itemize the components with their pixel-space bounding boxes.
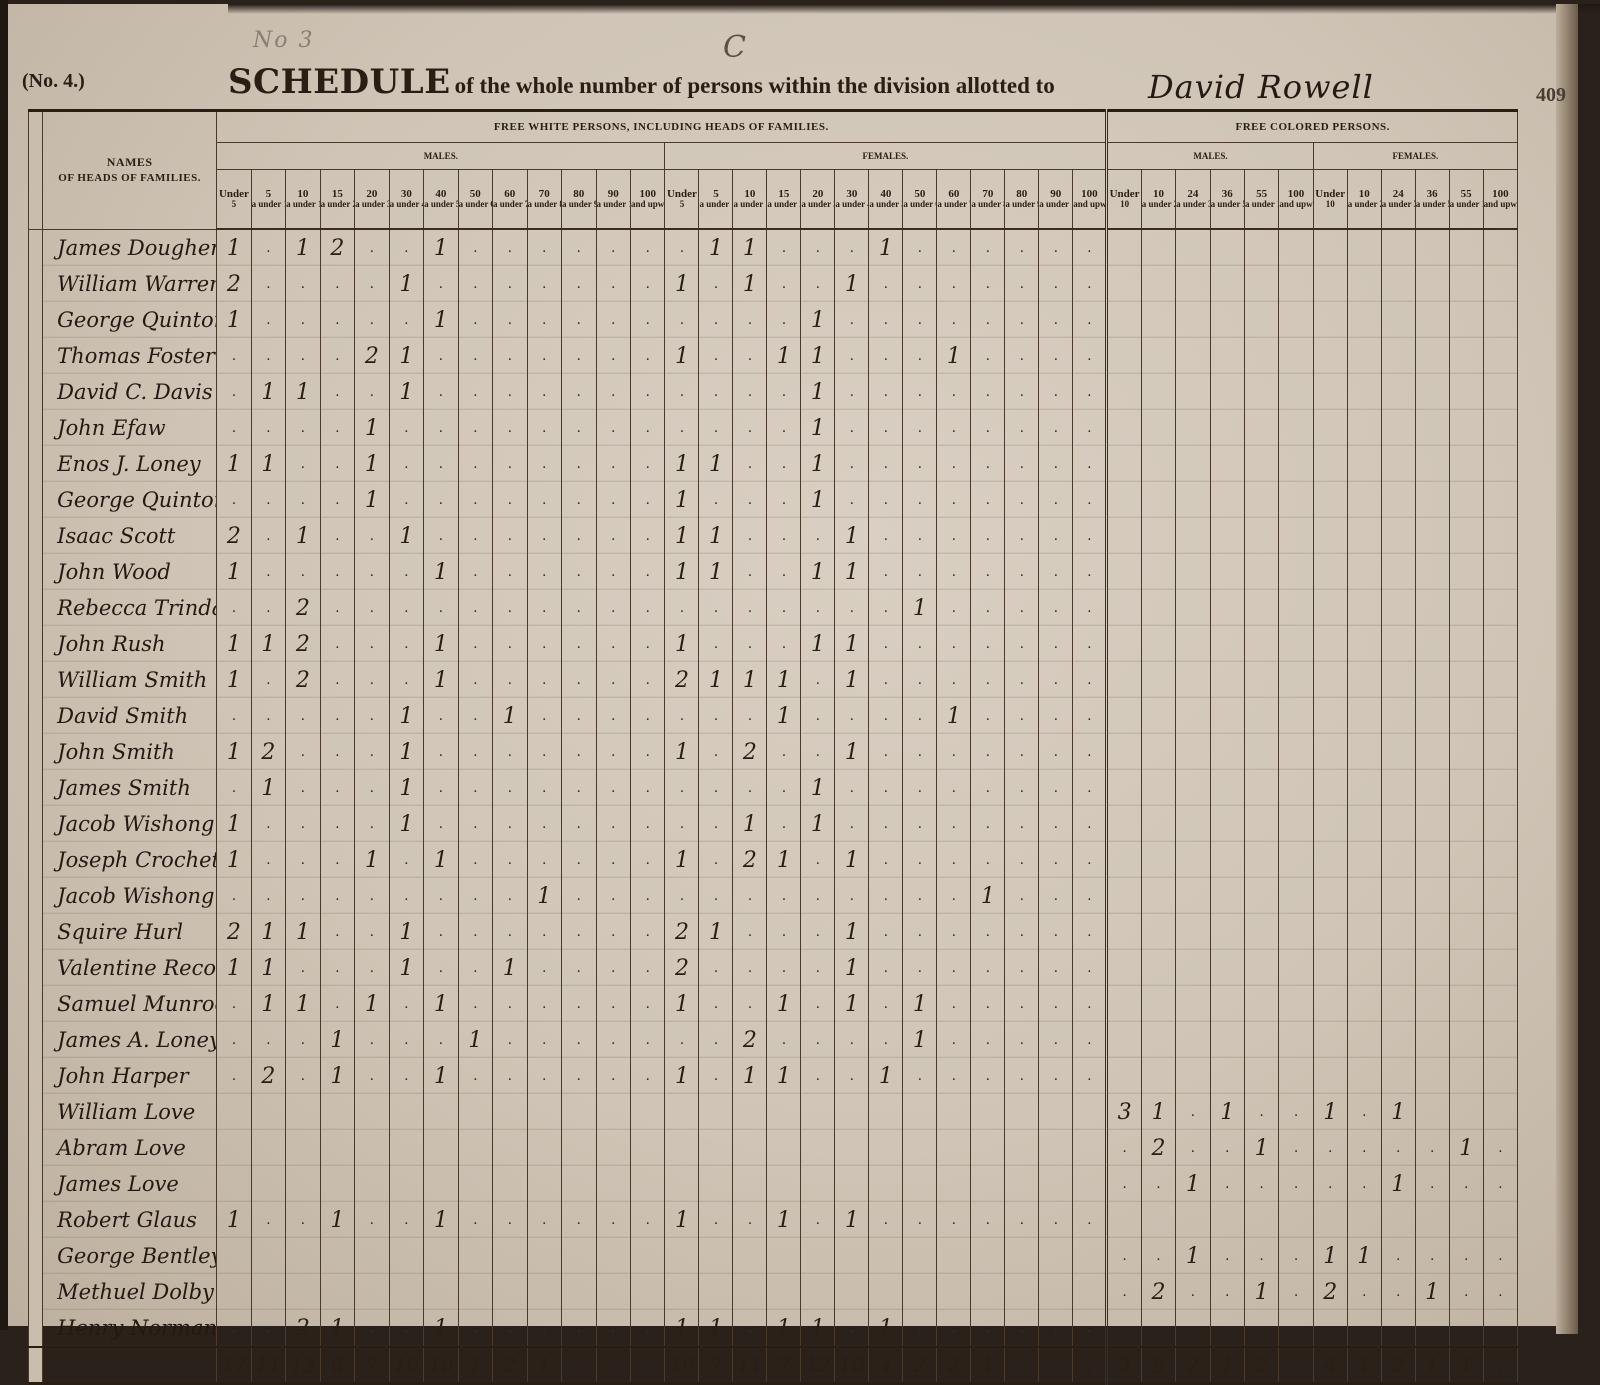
white-female-cell: . xyxy=(869,878,903,914)
white-male-cell: . xyxy=(424,878,458,914)
colored-male-cell xyxy=(1141,554,1175,590)
margin-strip-cell xyxy=(29,626,43,662)
white-male-cell: . xyxy=(493,914,527,950)
white-male-cell: . xyxy=(493,1310,527,1330)
white-male-cell: . xyxy=(458,734,492,770)
colored-female-cell xyxy=(1415,626,1449,662)
white-female-cell: . xyxy=(767,266,801,302)
white-female-cell: . xyxy=(937,806,971,842)
white-male-cell: . xyxy=(355,662,389,698)
colored-female-cell xyxy=(1381,374,1415,410)
colored-female-cell: 1 xyxy=(1415,1274,1449,1310)
colored-female-cell: . xyxy=(1381,1130,1415,1166)
white-male-cell: . xyxy=(596,410,630,446)
white-female-cell: . xyxy=(733,482,767,518)
white-female-cell: . xyxy=(1005,626,1039,662)
white-male-cell: . xyxy=(389,302,423,338)
colored-male-cell xyxy=(1244,374,1278,410)
age-label-bottom: a under 80 xyxy=(528,199,562,209)
table-row: Samuel Munroe.11.1.1......1..1.1.1..... xyxy=(29,986,1518,1022)
white-female-cell: . xyxy=(869,374,903,410)
white-male-cell: 1 xyxy=(424,302,458,338)
age-label-bottom: and upwards. xyxy=(1073,199,1107,209)
white-male-cell: . xyxy=(458,878,492,914)
white-male-cell: . xyxy=(562,338,596,374)
colored-male-cell xyxy=(1107,662,1141,698)
colored-female-cell: . xyxy=(1415,1130,1449,1166)
white-male-cell: . xyxy=(286,338,320,374)
white-female-cell: . xyxy=(1039,878,1073,914)
age-label-bottom: a under 15 xyxy=(286,199,320,209)
white-female-cell xyxy=(971,1274,1005,1310)
white-female-cell xyxy=(903,1094,937,1130)
age-label-bottom: a under 36 xyxy=(1382,199,1415,209)
white-female-cell: . xyxy=(937,1202,971,1238)
white-male-cell: . xyxy=(389,662,423,698)
white-female-cell: . xyxy=(1073,914,1107,950)
white-male-cell: . xyxy=(630,1058,664,1094)
white-male-cell: . xyxy=(458,806,492,842)
colored-male-cell xyxy=(1141,338,1175,374)
white-female-cell: . xyxy=(835,229,869,266)
colored-male-cell xyxy=(1244,302,1278,338)
table-row: John Efaw....1............1........ xyxy=(29,410,1518,446)
head-of-family-name: John Efaw xyxy=(43,410,217,446)
white-male-cell: . xyxy=(596,698,630,734)
white-male-cell xyxy=(389,1166,423,1202)
white-male-age-12: 100and upwards. xyxy=(630,170,664,230)
white-male-cell: . xyxy=(389,626,423,662)
head-of-family-name: John Rush xyxy=(43,626,217,662)
colored-female-cell xyxy=(1449,950,1483,986)
white-female-cell: . xyxy=(699,842,733,878)
white-male-cell xyxy=(458,1238,492,1274)
age-label-top: 24 xyxy=(1382,189,1415,199)
colored-female-cell xyxy=(1449,446,1483,482)
colored-female-cell xyxy=(1449,734,1483,770)
age-label-top: 60 xyxy=(493,189,526,199)
white-female-cell: 1 xyxy=(835,266,869,302)
age-label-top: 10 xyxy=(733,189,766,199)
white-female-cell: . xyxy=(1039,626,1073,662)
colored-male-cell xyxy=(1210,590,1244,626)
colored-male-cell xyxy=(1244,734,1278,770)
white-female-cell: . xyxy=(903,770,937,806)
white-male-cell: . xyxy=(355,1058,389,1094)
colored-male-cell xyxy=(1279,518,1313,554)
white-male-cell: . xyxy=(355,1310,389,1330)
white-female-cell xyxy=(1073,1238,1107,1274)
white-male-cell: . xyxy=(355,302,389,338)
colored-male-cell xyxy=(1210,446,1244,482)
colored-male-cell: 1 xyxy=(1210,1094,1244,1130)
white-female-cell: . xyxy=(835,1022,869,1058)
age-label-top: 55 xyxy=(1245,189,1278,199)
white-female-cell: . xyxy=(835,698,869,734)
white-female-cell: 1 xyxy=(665,554,699,590)
white-female-cell: 1 xyxy=(835,914,869,950)
white-male-cell: 2 xyxy=(286,626,320,662)
white-male-cell xyxy=(286,1238,320,1274)
margin-strip-cell xyxy=(29,1022,43,1058)
white-female-cell: . xyxy=(1039,374,1073,410)
colored-male-cell xyxy=(1244,1058,1278,1094)
head-of-family-name: John Smith xyxy=(43,734,217,770)
white-male-cell: . xyxy=(493,1022,527,1058)
colored-female-cell xyxy=(1415,590,1449,626)
white-male-cell: . xyxy=(389,1022,423,1058)
age-label-top: 40 xyxy=(424,189,457,199)
colored-male-cell xyxy=(1210,1202,1244,1238)
age-label-top: 80 xyxy=(1005,189,1038,199)
white-male-cell xyxy=(355,1238,389,1274)
age-label-bottom: 5 xyxy=(680,199,685,209)
white-male-cell: . xyxy=(596,626,630,662)
white-male-cell: 1 xyxy=(286,914,320,950)
colored-female-cell xyxy=(1415,734,1449,770)
white-male-cell: 1 xyxy=(389,770,423,806)
white-female-cell: . xyxy=(767,1022,801,1058)
colored-male-cell xyxy=(1279,338,1313,374)
colored-female-cell xyxy=(1449,806,1483,842)
white-female-cell: . xyxy=(801,518,835,554)
colored-female-cell xyxy=(1381,878,1415,914)
white-male-cell xyxy=(527,1166,561,1202)
white-male-cell: . xyxy=(527,698,561,734)
page-title: SCHEDULE of the whole number of persons … xyxy=(228,62,1055,102)
white-female-cell xyxy=(665,1274,699,1310)
colored-male-cell xyxy=(1244,626,1278,662)
white-male-cell: . xyxy=(320,518,354,554)
age-label-bottom: a under 70 xyxy=(493,199,527,209)
white-female-cell: . xyxy=(971,482,1005,518)
white-female-cell: . xyxy=(1039,229,1073,266)
white-male-cell: . xyxy=(596,446,630,482)
white-female-cell xyxy=(1005,1274,1039,1310)
white-female-cell: . xyxy=(937,950,971,986)
white-female-cell: . xyxy=(937,1022,971,1058)
colored-male-cell xyxy=(1141,842,1175,878)
white-female-cell: . xyxy=(971,734,1005,770)
white-female-cell xyxy=(767,1166,801,1202)
colored-female-cell xyxy=(1415,1202,1449,1238)
colored-female-cell xyxy=(1483,229,1517,266)
white-female-cell: . xyxy=(767,770,801,806)
table-row: Isaac Scott2.1..1.......11...1....... xyxy=(29,518,1518,554)
white-male-cell: . xyxy=(217,1058,251,1094)
white-female-cell: 1 xyxy=(665,842,699,878)
white-female-cell xyxy=(903,1130,937,1166)
colored-male-cell xyxy=(1176,1058,1210,1094)
white-female-cell: . xyxy=(1073,1058,1107,1094)
white-male-cell xyxy=(355,1130,389,1166)
colored-female-cell xyxy=(1347,806,1381,842)
white-male-cell xyxy=(389,1094,423,1130)
head-of-family-name: Henry Norman xyxy=(43,1310,217,1330)
white-female-cell: 1 xyxy=(665,338,699,374)
age-label-bottom: 10 xyxy=(1326,199,1335,209)
age-label-top: 40 xyxy=(869,189,902,199)
head-of-family-name: John Harper xyxy=(43,1058,217,1094)
age-label-bottom: a under 70 xyxy=(937,199,970,209)
colored-female-cell xyxy=(1313,662,1347,698)
white-female-cell: . xyxy=(1005,374,1039,410)
white-male-cell xyxy=(251,1094,285,1130)
colored-male-cell xyxy=(1141,518,1175,554)
white-male-cell: 1 xyxy=(389,374,423,410)
white-male-cell: . xyxy=(527,302,561,338)
margin-strip-cell xyxy=(29,734,43,770)
white-female-cell: . xyxy=(699,698,733,734)
white-male-cell: . xyxy=(458,302,492,338)
margin-strip-cell xyxy=(29,590,43,626)
white-female-cell: . xyxy=(869,518,903,554)
colored-female-cell xyxy=(1381,1058,1415,1094)
white-female-cell: . xyxy=(733,338,767,374)
white-male-cell: . xyxy=(251,1022,285,1058)
colored-female-cell xyxy=(1415,662,1449,698)
white-female-cell xyxy=(1005,1238,1039,1274)
white-male-cell: . xyxy=(562,590,596,626)
white-male-cell xyxy=(527,1094,561,1130)
white-male-cell xyxy=(389,1274,423,1310)
white-male-cell: . xyxy=(562,374,596,410)
white-male-cell: 2 xyxy=(320,229,354,266)
white-male-cell xyxy=(630,1274,664,1310)
white-male-cell: . xyxy=(596,374,630,410)
white-male-cell xyxy=(251,1238,285,1274)
colored-male-cell: . xyxy=(1141,1166,1175,1202)
age-label-top: 10 xyxy=(286,189,319,199)
white-male-cell: . xyxy=(562,266,596,302)
white-female-cell: . xyxy=(767,482,801,518)
white-female-cell: . xyxy=(1073,266,1107,302)
colored-female-cell xyxy=(1347,374,1381,410)
colored-female-cell: . xyxy=(1381,1274,1415,1310)
table-row: Rebecca Trindall..2.................1...… xyxy=(29,590,1518,626)
head-of-family-name: James A. Loney xyxy=(43,1022,217,1058)
white-male-cell xyxy=(355,1274,389,1310)
white-male-cell: . xyxy=(286,554,320,590)
white-male-cell xyxy=(217,1130,251,1166)
colored-male-age-1: 10a under 24 xyxy=(1141,170,1175,230)
colored-female-cell xyxy=(1449,770,1483,806)
head-of-family-name: James Dougherty xyxy=(43,229,217,266)
white-male-cell: 1 xyxy=(424,1202,458,1238)
white-male-cell: . xyxy=(320,626,354,662)
colored-male-cell xyxy=(1141,266,1175,302)
white-male-cell: . xyxy=(596,770,630,806)
white-female-cell: . xyxy=(1039,950,1073,986)
white-male-cell: . xyxy=(286,302,320,338)
white-female-cell: 1 xyxy=(767,1058,801,1094)
white-female-cell: 1 xyxy=(665,1202,699,1238)
page-right-edge xyxy=(1556,4,1578,1330)
white-male-cell: 1 xyxy=(424,229,458,266)
colored-female-cell xyxy=(1347,698,1381,734)
table-row: George Bentley..1...11.... xyxy=(29,1238,1518,1274)
white-male-cell: 1 xyxy=(217,842,251,878)
white-female-cell: . xyxy=(1039,842,1073,878)
white-female-cell: 1 xyxy=(903,590,937,626)
colored-female-cell xyxy=(1483,878,1517,914)
head-of-family-name: George Bentley xyxy=(43,1238,217,1274)
age-label-bottom: a under 30 xyxy=(801,199,834,209)
white-male-cell: . xyxy=(527,554,561,590)
white-male-cell xyxy=(217,1166,251,1202)
white-female-cell: 1 xyxy=(767,1310,801,1330)
colored-male-cell xyxy=(1244,1202,1278,1238)
white-male-cell: 1 xyxy=(493,950,527,986)
white-male-cell: . xyxy=(286,770,320,806)
white-female-cell: . xyxy=(1073,950,1107,986)
age-label-top: 10 xyxy=(1142,189,1175,199)
age-label-top: 20 xyxy=(801,189,834,199)
white-female-cell: . xyxy=(903,266,937,302)
colored-female-cell xyxy=(1449,482,1483,518)
white-female-cell xyxy=(665,1130,699,1166)
colored-female-cell xyxy=(1313,266,1347,302)
white-female-age-5: 30a under 40 xyxy=(835,170,869,230)
colored-male-cell xyxy=(1210,554,1244,590)
white-female-cell: 1 xyxy=(801,626,835,662)
white-female-cell: . xyxy=(903,878,937,914)
colored-male-cell xyxy=(1176,590,1210,626)
white-female-cell xyxy=(1073,1094,1107,1130)
colored-male-cell: . xyxy=(1244,1238,1278,1274)
white-male-cell: . xyxy=(562,229,596,266)
colored-female-cell xyxy=(1483,554,1517,590)
white-male-cell: . xyxy=(424,482,458,518)
white-male-cell: . xyxy=(562,1022,596,1058)
white-male-cell: 2 xyxy=(286,662,320,698)
age-label-bottom: and upwards. xyxy=(1484,199,1518,209)
colored-female-cell xyxy=(1381,842,1415,878)
white-female-cell: . xyxy=(1005,266,1039,302)
age-label-bottom: a under 36 xyxy=(1176,199,1210,209)
colored-female-cell xyxy=(1313,950,1347,986)
white-male-cell: . xyxy=(320,410,354,446)
white-male-age-10: 80a under 90 xyxy=(562,170,596,230)
white-female-cell xyxy=(665,1238,699,1274)
age-label-bottom: and upwards. xyxy=(631,199,665,209)
white-male-cell: . xyxy=(458,518,492,554)
white-male-cell: . xyxy=(251,554,285,590)
white-female-cell: . xyxy=(801,590,835,626)
white-male-cell: . xyxy=(424,806,458,842)
schedule-number: (No. 4.) xyxy=(22,70,85,93)
white-female-cell: 1 xyxy=(665,986,699,1022)
age-label-bottom: a under 90 xyxy=(1005,199,1038,209)
colored-male-cell xyxy=(1107,518,1141,554)
white-male-cell: . xyxy=(286,842,320,878)
white-female-cell: . xyxy=(1039,302,1073,338)
white-female-cell: . xyxy=(1005,590,1039,626)
names-header-line1: NAMES xyxy=(43,154,216,170)
white-female-cell: . xyxy=(971,626,1005,662)
white-male-cell: . xyxy=(493,1202,527,1238)
white-male-cell xyxy=(355,1094,389,1130)
colored-female-cell xyxy=(1483,842,1517,878)
colored-female-cell xyxy=(1347,1022,1381,1058)
colored-female-cell xyxy=(1449,1094,1483,1130)
white-female-cell: 1 xyxy=(665,1058,699,1094)
margin-strip-cell xyxy=(29,410,43,446)
colored-female-cell xyxy=(1415,1022,1449,1058)
colored-female-cell: 2 xyxy=(1313,1274,1347,1310)
pencil-letter: C xyxy=(723,30,746,65)
white-male-cell xyxy=(562,1166,596,1202)
age-label-bottom: a under 40 xyxy=(390,199,424,209)
white-female-cell xyxy=(733,1238,767,1274)
white-female-cell: 1 xyxy=(767,1202,801,1238)
white-female-cell: . xyxy=(903,950,937,986)
colored-male-cell xyxy=(1141,734,1175,770)
white-male-cell: 1 xyxy=(389,518,423,554)
white-female-cell: . xyxy=(869,338,903,374)
white-male-cell: . xyxy=(251,410,285,446)
white-female-cell: 1 xyxy=(937,698,971,734)
colored-male-cell xyxy=(1141,698,1175,734)
colored-female-cell xyxy=(1381,266,1415,302)
white-male-cell: . xyxy=(251,266,285,302)
white-male-cell: . xyxy=(630,662,664,698)
white-male-cell: . xyxy=(320,266,354,302)
white-female-cell xyxy=(869,1094,903,1130)
head-of-family-name: Isaac Scott xyxy=(43,518,217,554)
white-male-cell: . xyxy=(493,986,527,1022)
white-male-cell: . xyxy=(630,806,664,842)
colored-female-cell xyxy=(1449,338,1483,374)
white-male-cell: . xyxy=(424,734,458,770)
white-male-cell: . xyxy=(217,986,251,1022)
table-row: Enos J. Loney11..1........11..1........ xyxy=(29,446,1518,482)
white-female-cell: 1 xyxy=(733,1058,767,1094)
colored-male-cell xyxy=(1107,482,1141,518)
white-male-cell: 1 xyxy=(389,950,423,986)
age-label-top: 100 xyxy=(1073,189,1105,199)
white-female-cell: . xyxy=(767,626,801,662)
white-female-cell: 1 xyxy=(903,986,937,1022)
white-male-cell: 1 xyxy=(251,446,285,482)
white-male-cell: . xyxy=(217,482,251,518)
white-male-cell: . xyxy=(596,950,630,986)
white-female-cell: . xyxy=(1039,590,1073,626)
white-female-cell: . xyxy=(801,842,835,878)
colored-female-cell xyxy=(1313,770,1347,806)
colored-male-cell: . xyxy=(1176,1130,1210,1166)
white-female-cell: 1 xyxy=(835,842,869,878)
colored-male-cell xyxy=(1176,842,1210,878)
colored-male-cell xyxy=(1279,806,1313,842)
colored-female-cell xyxy=(1313,518,1347,554)
white-female-cell: . xyxy=(971,229,1005,266)
age-label-bottom: a under 100 xyxy=(1245,199,1279,209)
colored-female-cell xyxy=(1449,302,1483,338)
white-male-cell xyxy=(458,1094,492,1130)
colored-male-cell: 2 xyxy=(1141,1130,1175,1166)
white-male-cell: . xyxy=(320,482,354,518)
header-row-groups: NAMESOF HEADS OF FAMILIES.FREE WHITE PER… xyxy=(29,111,1518,143)
colored-female-cell xyxy=(1347,338,1381,374)
white-male-cell: 1 xyxy=(251,986,285,1022)
colored-female-cell xyxy=(1381,446,1415,482)
white-female-cell: . xyxy=(835,446,869,482)
pencil-annotation: No 3 xyxy=(253,28,315,53)
colored-female-cell xyxy=(1313,446,1347,482)
white-female-age-3: 15a under 20 xyxy=(767,170,801,230)
colored-male-cell xyxy=(1176,986,1210,1022)
